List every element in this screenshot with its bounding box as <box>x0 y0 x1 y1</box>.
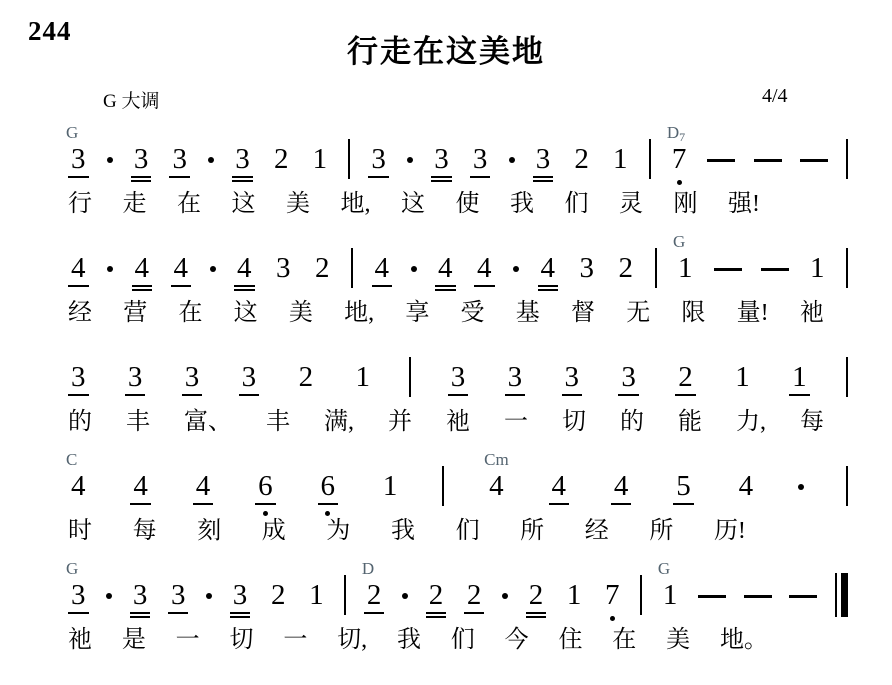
note-digit: 2 <box>526 581 547 610</box>
note-digit: 4 <box>68 254 89 283</box>
lyric-syllable: 地。 <box>720 626 768 655</box>
lyric-syllable: 刻 <box>197 517 221 546</box>
note-digit: 3 <box>125 363 146 392</box>
barline <box>846 357 848 397</box>
duration-dash <box>744 595 772 598</box>
note-digit: 1 <box>306 581 327 610</box>
note-digit: 3 <box>448 363 469 392</box>
note-digit: 6 <box>255 472 276 501</box>
notation-row: 444432444432G11 <box>68 245 848 291</box>
note: 4 <box>435 254 456 283</box>
note: 3 <box>169 145 190 174</box>
lyric-syllable: 今 <box>505 626 529 655</box>
note: 4 <box>132 254 153 283</box>
note: G3 <box>68 145 89 174</box>
note: 3 <box>182 363 203 392</box>
note: D2 <box>364 581 385 610</box>
note-digit: 3 <box>68 581 89 610</box>
note: Cm4 <box>486 472 507 501</box>
lyric-syllable: 们 <box>451 626 475 655</box>
lyrics-row: 行走在这美地,这使我们灵刚强! <box>68 190 760 219</box>
note-digit: 3 <box>239 363 260 392</box>
augmentation-dot <box>513 266 519 272</box>
note: 7 <box>602 581 623 610</box>
augmentation-dot <box>798 484 804 490</box>
note-digit: 4 <box>193 472 214 501</box>
lyric-syllable: 美 <box>666 626 690 655</box>
lyric-syllable: 强! <box>728 190 760 219</box>
chord-label: G <box>673 233 685 250</box>
lyric-syllable: 丰 <box>266 408 290 437</box>
augmentation-dot <box>206 593 212 599</box>
note: 3 <box>239 363 260 392</box>
note-digit: 3 <box>130 581 151 610</box>
note: 2 <box>464 581 485 610</box>
chord-label: C <box>66 451 77 468</box>
note-digit: 3 <box>131 145 152 174</box>
lyrics-row: 祂是一切一切,我们今住在美地。 <box>68 626 768 655</box>
lyric-syllable: 力, <box>736 408 766 437</box>
note: 4 <box>372 254 393 283</box>
lyrics-row: 时每刻成为我们所经所历! <box>68 517 746 546</box>
note-digit: 3 <box>182 363 203 392</box>
lyric-syllable: 地, <box>344 299 374 328</box>
note-digit: 3 <box>168 581 189 610</box>
note-digit: 4 <box>234 254 255 283</box>
chord-label: D7 <box>667 124 685 143</box>
lyric-syllable: 们 <box>565 190 589 219</box>
lyric-syllable: 每 <box>133 517 157 546</box>
note-digit: 3 <box>273 254 294 283</box>
lyric-syllable: 的 <box>68 408 92 437</box>
lyric-syllable: 成 <box>262 517 286 546</box>
note-digit: 5 <box>673 472 694 501</box>
note: 2 <box>616 254 637 283</box>
lyric-syllable: 切 <box>229 626 253 655</box>
note-digit: 4 <box>132 254 153 283</box>
lyric-syllable: 时 <box>68 517 92 546</box>
note-digit: 4 <box>372 254 393 283</box>
note-digit: 1 <box>675 254 696 283</box>
note: 4 <box>611 472 632 501</box>
lyric-syllable: 能 <box>678 408 702 437</box>
score: G333321333321D77行走在这美地,这使我们灵刚强!444432444… <box>68 120 848 665</box>
note-digit: 4 <box>171 254 192 283</box>
duration-dash <box>714 268 742 271</box>
key-signature: G 大调 <box>103 86 159 113</box>
barline <box>351 248 353 288</box>
lyric-syllable: 我 <box>391 517 415 546</box>
lyric-syllable: 受 <box>461 299 485 328</box>
lyric-syllable: 满, <box>324 408 354 437</box>
note: 1 <box>352 363 373 392</box>
note: 3 <box>448 363 469 392</box>
note-digit: 3 <box>562 363 583 392</box>
duration-dash <box>707 159 735 162</box>
note-digit: 2 <box>426 581 447 610</box>
lyric-syllable: 所 <box>649 517 673 546</box>
lyric-syllable: 享 <box>405 299 429 328</box>
note: 2 <box>271 145 292 174</box>
duration-dash <box>800 159 828 162</box>
chord-label: G <box>66 560 78 577</box>
lyric-syllable: 祂 <box>68 626 92 655</box>
barline <box>442 466 444 506</box>
chord-label-sub: 7 <box>679 130 685 144</box>
note: 3 <box>505 363 526 392</box>
note: 3 <box>232 145 253 174</box>
lyric-syllable: 在 <box>177 190 201 219</box>
note: D77 <box>669 145 690 174</box>
duration-dash <box>761 268 789 271</box>
lyric-syllable: 我 <box>397 626 421 655</box>
final-barline-thick <box>841 573 848 617</box>
lyrics-row: 的丰富、丰满,并祂一切的能力,每 <box>68 408 824 437</box>
final-barline <box>835 573 848 617</box>
note: 3 <box>273 254 294 283</box>
note-digit: 2 <box>296 363 317 392</box>
lyric-syllable: 富、 <box>184 408 232 437</box>
note: 3 <box>618 363 639 392</box>
low-octave-dot <box>263 511 268 516</box>
lyric-syllable: 为 <box>326 517 350 546</box>
lyric-syllable: 一 <box>283 626 307 655</box>
note-digit: 7 <box>602 581 623 610</box>
note: G1 <box>660 581 681 610</box>
lyric-syllable: 祂 <box>800 299 824 328</box>
note-digit: 4 <box>549 472 570 501</box>
lyric-syllable: 地, <box>341 190 371 219</box>
low-octave-dot <box>610 616 615 621</box>
barline <box>655 248 657 288</box>
lyric-syllable: 每 <box>800 408 824 437</box>
note-digit: 3 <box>368 145 389 174</box>
note: 2 <box>675 363 696 392</box>
lyric-syllable: 美 <box>286 190 310 219</box>
note-digit: 2 <box>271 145 292 174</box>
lyric-syllable: 切 <box>562 408 586 437</box>
note: C4 <box>68 472 89 501</box>
barline <box>846 466 848 506</box>
barline <box>649 139 651 179</box>
note: 3 <box>577 254 598 283</box>
lyric-syllable: 量! <box>737 299 769 328</box>
note: 4 <box>538 254 559 283</box>
lyric-syllable: 是 <box>122 626 146 655</box>
score-line: 3333213333211的丰富、丰满,并祂一切的能力,每 <box>68 338 848 447</box>
note: 1 <box>789 363 810 392</box>
barline <box>409 357 411 397</box>
note: 4 <box>68 254 89 283</box>
score-line: G333321D222217G1祂是一切一切,我们今住在美地。 <box>68 556 848 665</box>
note: 3 <box>368 145 389 174</box>
barline <box>344 575 346 615</box>
augmentation-dot <box>502 593 508 599</box>
augmentation-dot <box>407 157 413 163</box>
lyric-syllable: 的 <box>620 408 644 437</box>
score-line: C444661Cm44454时每刻成为我们所经所历! <box>68 447 848 556</box>
note: 3 <box>230 581 251 610</box>
note-digit: 2 <box>675 363 696 392</box>
note-digit: 7 <box>669 145 690 174</box>
note-digit: 3 <box>618 363 639 392</box>
note-digit: 4 <box>736 472 757 501</box>
lyric-syllable: 使 <box>456 190 480 219</box>
note: 2 <box>296 363 317 392</box>
lyric-syllable: 丰 <box>126 408 150 437</box>
lyric-syllable: 走 <box>123 190 147 219</box>
lyric-syllable: 所 <box>520 517 544 546</box>
lyrics-row: 经营在这美地,享受基督无限量!祂 <box>68 299 824 328</box>
notation-row: 3333213333211 <box>68 354 848 400</box>
lyric-syllable: 一 <box>504 408 528 437</box>
note: 6 <box>318 472 339 501</box>
lyric-syllable: 行 <box>68 190 92 219</box>
note-digit: 4 <box>611 472 632 501</box>
augmentation-dot <box>509 157 515 163</box>
lyric-syllable: 们 <box>456 517 480 546</box>
note: G1 <box>675 254 696 283</box>
note-digit: 3 <box>230 581 251 610</box>
lyric-syllable: 无 <box>626 299 650 328</box>
augmentation-dot <box>402 593 408 599</box>
note-digit: 2 <box>268 581 289 610</box>
note: 2 <box>426 581 447 610</box>
note-digit: 4 <box>486 472 507 501</box>
lyric-syllable: 一 <box>176 626 200 655</box>
note: 3 <box>130 581 151 610</box>
note-digit: 1 <box>732 363 753 392</box>
note: 6 <box>255 472 276 501</box>
lyric-syllable: 营 <box>123 299 147 328</box>
note: 4 <box>193 472 214 501</box>
note-digit: 3 <box>68 145 89 174</box>
note-digit: 2 <box>464 581 485 610</box>
note: 1 <box>310 145 331 174</box>
lyric-syllable: 限 <box>681 299 705 328</box>
note-digit: 1 <box>807 254 828 283</box>
note-digit: 1 <box>789 363 810 392</box>
note-digit: 2 <box>616 254 637 283</box>
augmentation-dot <box>106 593 112 599</box>
duration-dash <box>754 159 782 162</box>
note-digit: 2 <box>571 145 592 174</box>
chord-label: G <box>658 560 670 577</box>
lyric-syllable: 刚 <box>674 190 698 219</box>
lyric-syllable: 并 <box>388 408 412 437</box>
note-digit: 4 <box>435 254 456 283</box>
note-digit: 3 <box>431 145 452 174</box>
final-barline-thin <box>835 573 837 617</box>
note: 2 <box>268 581 289 610</box>
note: 2 <box>526 581 547 610</box>
low-octave-dot <box>677 180 682 185</box>
note: 1 <box>380 472 401 501</box>
note: 1 <box>732 363 753 392</box>
note: 4 <box>171 254 192 283</box>
lyric-syllable: 督 <box>571 299 595 328</box>
note-digit: 1 <box>352 363 373 392</box>
barline <box>348 139 350 179</box>
note-digit: 4 <box>474 254 495 283</box>
augmentation-dot <box>208 157 214 163</box>
note: 4 <box>736 472 757 501</box>
note: 2 <box>571 145 592 174</box>
note: 2 <box>312 254 333 283</box>
note: G3 <box>68 581 89 610</box>
note: 5 <box>673 472 694 501</box>
hymn-sheet: 244 行走在这美地 G 大调 4/4 G333321333321D77行走在这… <box>0 0 892 685</box>
note-digit: 3 <box>533 145 554 174</box>
note-digit: 2 <box>364 581 385 610</box>
notation-row: G333321333321D77 <box>68 136 848 182</box>
lyric-syllable: 这 <box>232 190 256 219</box>
note-digit: 3 <box>577 254 598 283</box>
lyric-syllable: 基 <box>516 299 540 328</box>
note-digit: 3 <box>68 363 89 392</box>
lyric-syllable: 这 <box>234 299 258 328</box>
barline <box>846 248 848 288</box>
note-digit: 1 <box>310 145 331 174</box>
note: 4 <box>130 472 151 501</box>
note-digit: 6 <box>318 472 339 501</box>
note: 1 <box>610 145 631 174</box>
note: 3 <box>562 363 583 392</box>
note-digit: 4 <box>538 254 559 283</box>
note-digit: 4 <box>130 472 151 501</box>
note: 1 <box>807 254 828 283</box>
lyric-syllable: 切, <box>337 626 367 655</box>
note-digit: 3 <box>232 145 253 174</box>
chord-label: Cm <box>484 451 509 468</box>
note-digit: 4 <box>68 472 89 501</box>
note: 3 <box>131 145 152 174</box>
note-digit: 3 <box>505 363 526 392</box>
augmentation-dot <box>210 266 216 272</box>
note: 3 <box>68 363 89 392</box>
note: 1 <box>306 581 327 610</box>
note-digit: 2 <box>312 254 333 283</box>
lyric-syllable: 住 <box>558 626 582 655</box>
augmentation-dot <box>107 157 113 163</box>
note-digit: 1 <box>660 581 681 610</box>
notation-row: G333321D222217G1 <box>68 572 848 618</box>
chord-label: G <box>66 124 78 141</box>
lyric-syllable: 在 <box>612 626 636 655</box>
notation-row: C444661Cm44454 <box>68 463 848 509</box>
note-digit: 3 <box>169 145 190 174</box>
note: 4 <box>549 472 570 501</box>
low-octave-dot <box>325 511 330 516</box>
barline <box>846 139 848 179</box>
note-digit: 1 <box>610 145 631 174</box>
lyric-syllable: 在 <box>178 299 202 328</box>
lyric-syllable: 历! <box>714 517 746 546</box>
augmentation-dot <box>107 266 113 272</box>
lyric-syllable: 这 <box>401 190 425 219</box>
chord-label: D <box>362 560 374 577</box>
score-line: 444432444432G11经营在这美地,享受基督无限量!祂 <box>68 229 848 338</box>
note: 4 <box>474 254 495 283</box>
lyric-syllable: 我 <box>510 190 534 219</box>
note: 3 <box>533 145 554 174</box>
duration-dash <box>698 595 726 598</box>
note-digit: 1 <box>564 581 585 610</box>
lyric-syllable: 经 <box>585 517 609 546</box>
lyric-syllable: 祂 <box>446 408 470 437</box>
augmentation-dot <box>411 266 417 272</box>
time-signature: 4/4 <box>762 85 788 108</box>
barline <box>640 575 642 615</box>
note: 4 <box>234 254 255 283</box>
score-line: G333321333321D77行走在这美地,这使我们灵刚强! <box>68 120 848 229</box>
page-title: 行走在这美地 <box>0 26 892 71</box>
note: 3 <box>125 363 146 392</box>
lyric-syllable: 美 <box>289 299 313 328</box>
lyric-syllable: 灵 <box>619 190 643 219</box>
note-digit: 1 <box>380 472 401 501</box>
note: 3 <box>431 145 452 174</box>
duration-dash <box>789 595 817 598</box>
lyric-syllable: 经 <box>68 299 92 328</box>
note: 3 <box>168 581 189 610</box>
note: 1 <box>564 581 585 610</box>
note: 3 <box>470 145 491 174</box>
note-digit: 3 <box>470 145 491 174</box>
